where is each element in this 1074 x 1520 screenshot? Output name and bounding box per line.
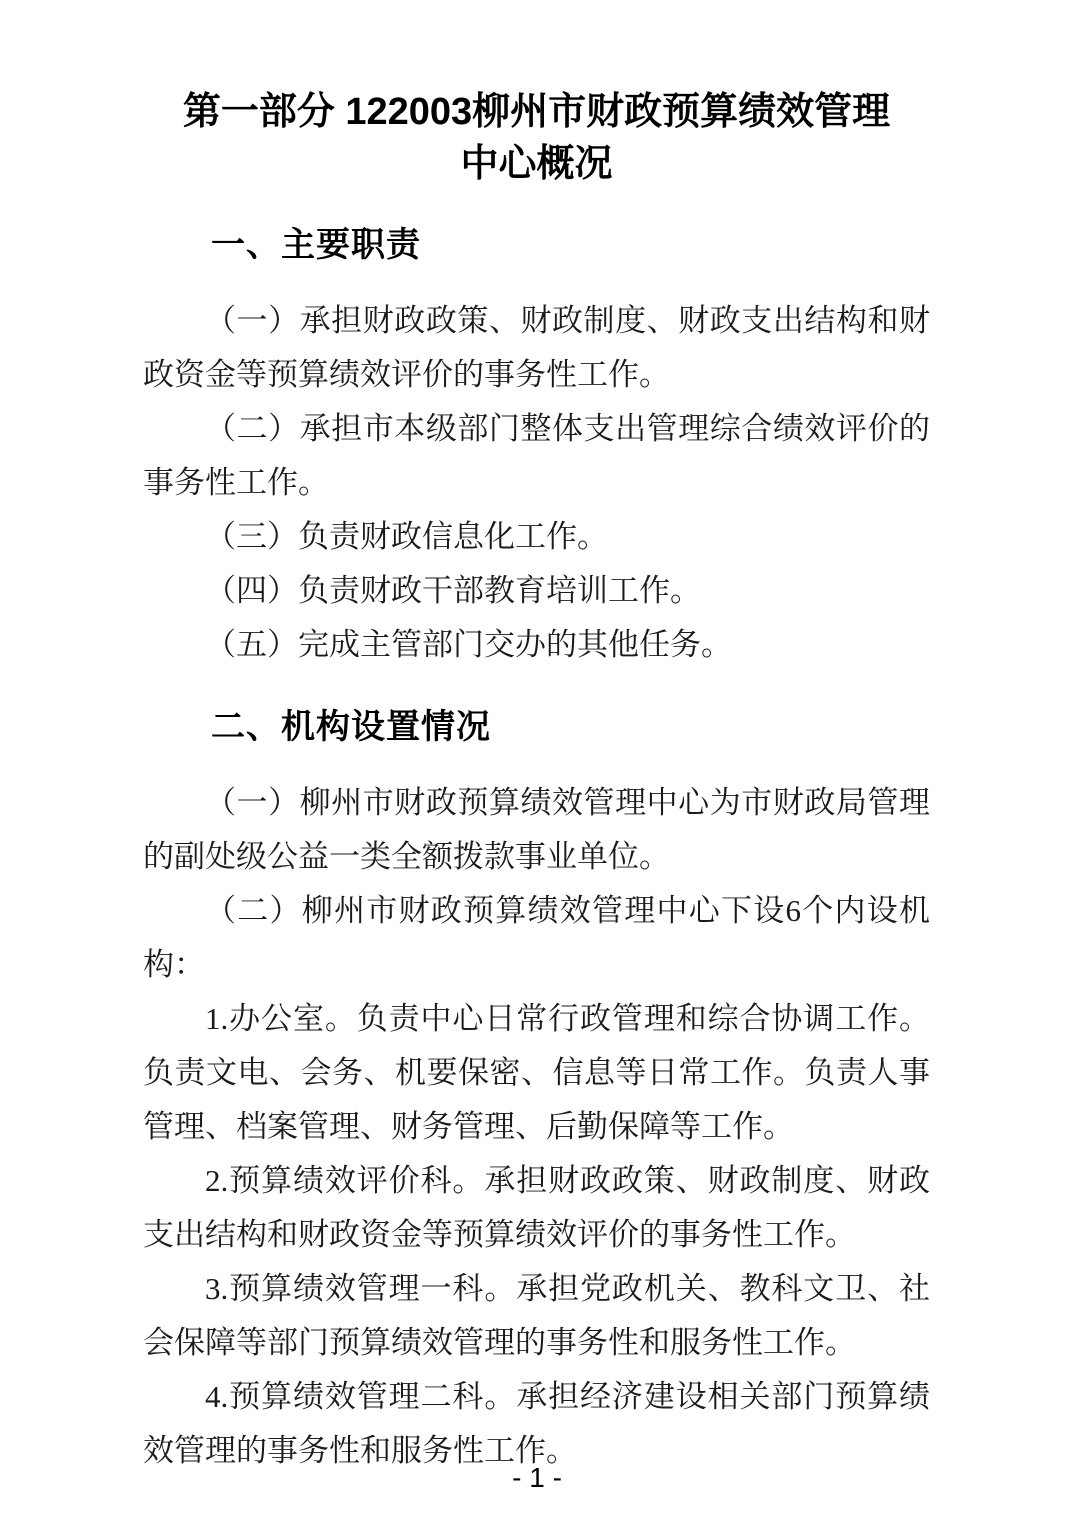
paragraph: （三）负责财政信息化工作。 xyxy=(143,510,930,564)
document-title: 第一部分 122003柳州市财政预算绩效管理中心概况 xyxy=(166,86,908,190)
paragraph: （二）承担市本级部门整体支出管理综合绩效评价的事务性工作。 xyxy=(143,402,930,510)
paragraph: （二）柳州市财政预算绩效管理中心下设6个内设机构： xyxy=(143,884,930,992)
document-page: 第一部分 122003柳州市财政预算绩效管理中心概况 一、主要职责 （一）承担财… xyxy=(0,0,1074,1520)
paragraph: （一）承担财政政策、财政制度、财政支出结构和财政资金等预算绩效评价的事务性工作。 xyxy=(143,294,930,402)
section-main-duties: 一、主要职责 （一）承担财政政策、财政制度、财政支出结构和财政资金等预算绩效评价… xyxy=(143,218,930,672)
section-heading-org-setup: 二、机构设置情况 xyxy=(143,700,930,754)
paragraph: 1.办公室。负责中心日常行政管理和综合协调工作。负责文电、会务、机要保密、信息等… xyxy=(143,992,930,1154)
page-number: - 1 - xyxy=(0,1462,1074,1494)
paragraph: 2.预算绩效评价科。承担财政政策、财政制度、财政支出结构和财政资金等预算绩效评价… xyxy=(143,1154,930,1262)
section-heading-main-duties: 一、主要职责 xyxy=(143,218,930,272)
paragraph: （四）负责财政干部教育培训工作。 xyxy=(143,564,930,618)
paragraph: （一）柳州市财政预算绩效管理中心为市财政局管理的副处级公益一类全额拨款事业单位。 xyxy=(143,776,930,884)
paragraph: （五）完成主管部门交办的其他任务。 xyxy=(143,618,930,672)
section-org-setup: 二、机构设置情况 （一）柳州市财政预算绩效管理中心为市财政局管理的副处级公益一类… xyxy=(143,700,930,1478)
paragraph: 3.预算绩效管理一科。承担党政机关、教科文卫、社会保障等部门预算绩效管理的事务性… xyxy=(143,1262,930,1370)
